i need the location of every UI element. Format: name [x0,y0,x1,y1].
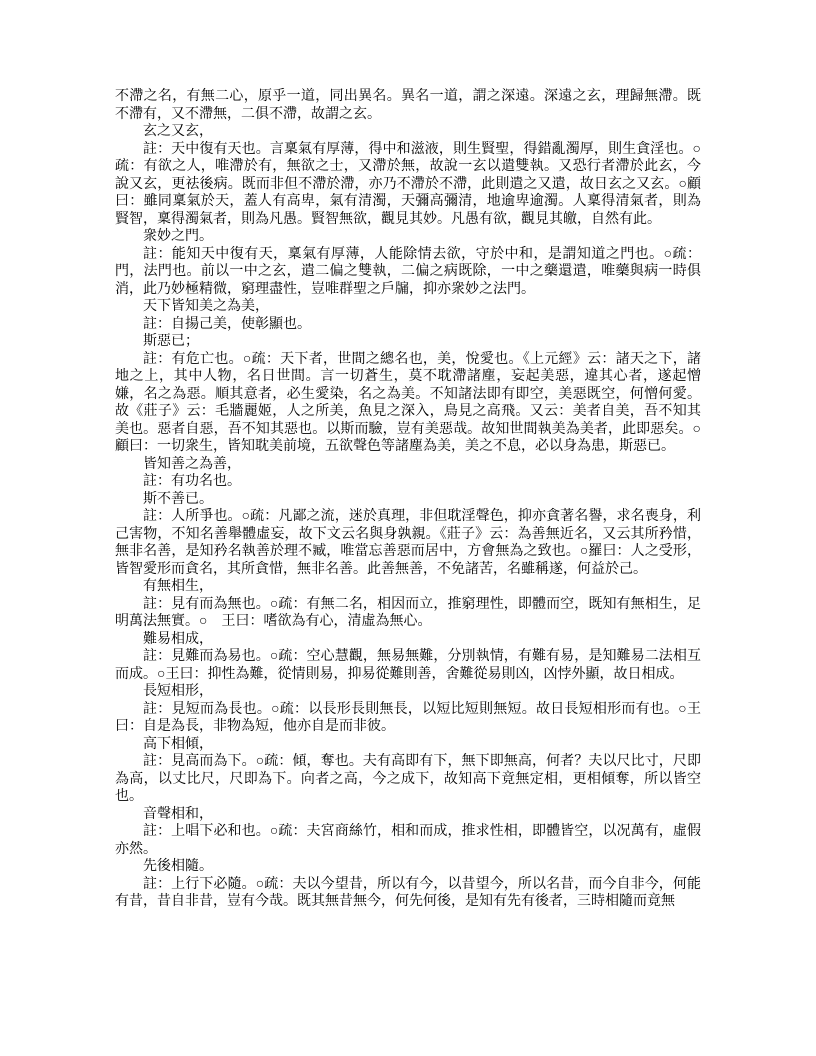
paragraph: 註：見難而為易也。○疏：空心慧觀，無易無難，分別執情，有難有易，是知難易二法相互… [115,648,701,683]
paragraph: 斯惡已； [115,333,701,351]
paragraph: 玄之又玄， [115,123,701,141]
paragraph: 註：能知天中復有天，稟氣有厚薄，人能除情去欲，守於中和，是謂知道之門也。○疏：門… [115,246,701,299]
paragraph: 註：見短而為長也。○疏：以長形長則無長，以短比短則無短。故日長短相形而有也。○王… [115,701,701,736]
paragraph: 註：人所爭也。○疏：凡鄙之流，迷於真理，非但耽淫聲色，抑亦貪著名譽，求名喪身，利… [115,508,701,578]
paragraph: 註：有危亡也。○疏：天下者，世間之總名也，美，悅愛也。《上元經》云：諸天之下，諸… [115,351,701,456]
paragraph: 音聲相和， [115,806,701,824]
paragraph: 註：上唱下必和也。○疏：夫宮商絲竹，相和而成，推求性相，即體皆空，以况萬有，虛假… [115,823,701,858]
paragraph: 高下相傾， [115,736,701,754]
paragraph: 不滯之名，有無二心，原乎一道，同出異名。異名一道，謂之深遠。深遠之玄，理歸無滯。… [115,88,701,123]
paragraph: 註：天中復有天也。言稟氣有厚薄，得中和滋液，則生賢聖，得錯亂濁厚，則生貪淫也。○… [115,141,701,229]
document-page: 不滯之名，有無二心，原乎一道，同出異名。異名一道，謂之深遠。深遠之玄，理歸無滯。… [0,0,816,1056]
paragraph: 斯不善已。 [115,491,701,509]
paragraph: 皆知善之為善， [115,456,701,474]
paragraph: 註：見高而為下。○疏：傾，奪也。夫有高即有下，無下即無高，何者？夫以尺比寸，尺即… [115,753,701,806]
paragraph: 天下皆知美之為美， [115,298,701,316]
paragraph: 註：見有而為無也。○疏：有無二名，相因而立，推窮理性，即體而空，既知有無相生，足… [115,596,701,631]
paragraph: 難易相成， [115,631,701,649]
paragraph: 註：上行下必隨。○疏：夫以今望昔，所以有今，以昔望今，所以名昔，而今自非今，何能… [115,876,701,911]
paragraph: 長短相形， [115,683,701,701]
paragraph: 衆妙之門。 [115,228,701,246]
paragraph: 先後相隨。 [115,858,701,876]
paragraph: 有無相生， [115,578,701,596]
document-text-block: 不滯之名，有無二心，原乎一道，同出異名。異名一道，謂之深遠。深遠之玄，理歸無滯。… [115,88,701,911]
paragraph: 註：自揚己美，使彰顯也。 [115,316,701,334]
paragraph: 註：有功名也。 [115,473,701,491]
